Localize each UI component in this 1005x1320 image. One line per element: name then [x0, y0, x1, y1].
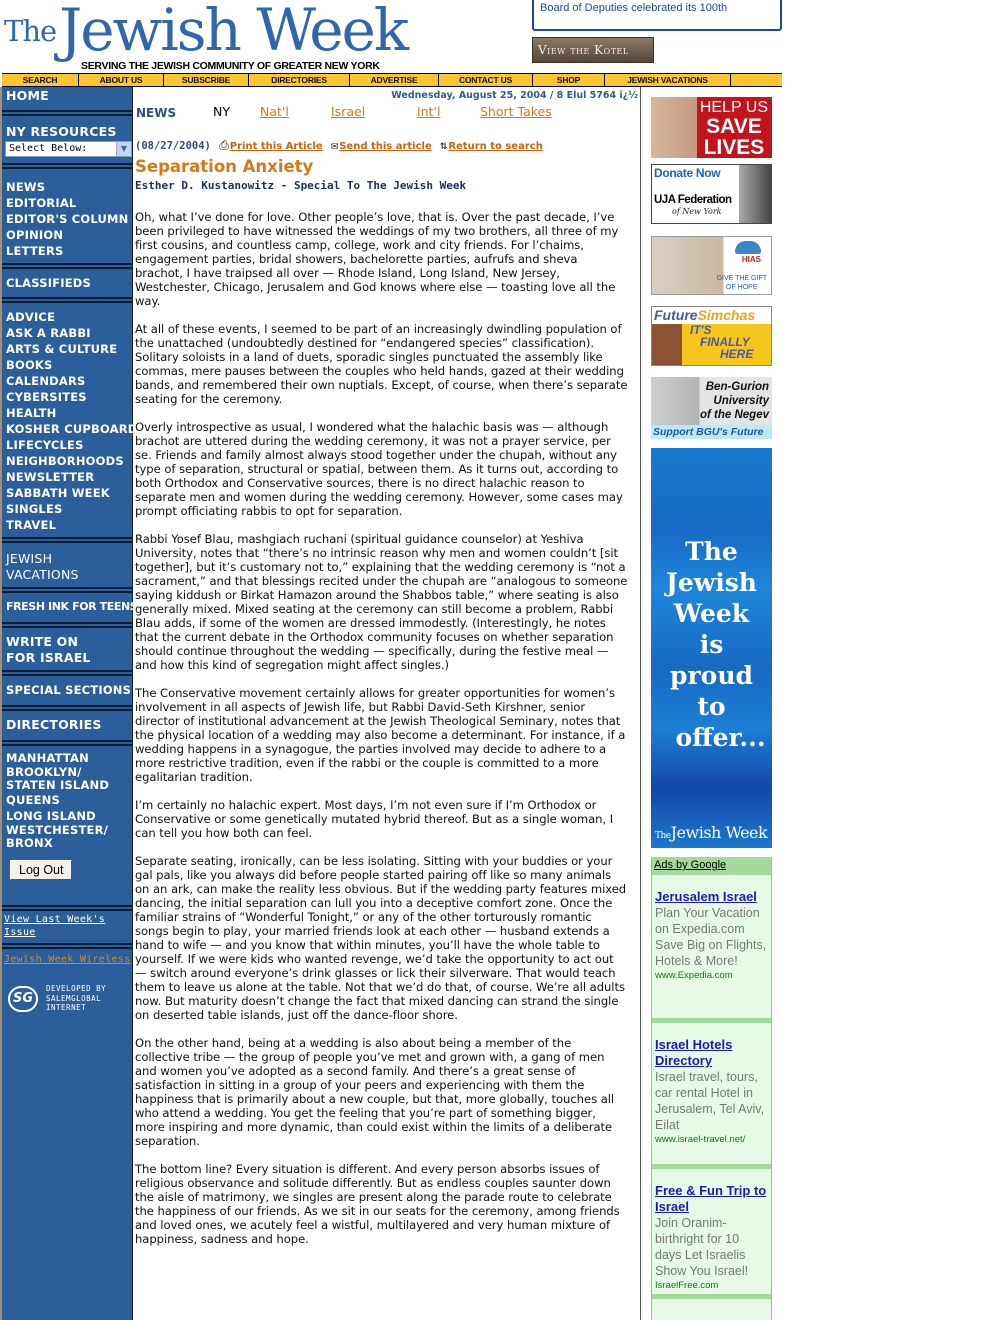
- google-ad-url[interactable]: www.israel-travel.net/: [655, 1133, 768, 1147]
- article-byline: Esther D. Kustanowitz - Special To The J…: [135, 179, 466, 192]
- logo-name: Jewish Week: [59, 0, 407, 64]
- sidebar-item-bronx[interactable]: BRONX: [6, 837, 132, 850]
- ad-uja-federation[interactable]: Donate Now UJA Federation of New York: [651, 164, 772, 224]
- print-article-link[interactable]: Print this Article: [230, 141, 323, 152]
- printer-icon[interactable]: ⎙: [219, 138, 229, 153]
- google-ads-box: Ads by Google Jerusalem Israel Plan Your…: [651, 857, 772, 1320]
- help-us-text: HELP US SAVE LIVES: [700, 99, 768, 158]
- sidebar-item-jewish-vacations[interactable]: JEWISH VACATIONS: [2, 545, 132, 589]
- sidebar-item-newsletter[interactable]: NEWSLETTER: [6, 469, 132, 485]
- globe-icon: [735, 241, 761, 254]
- sidebar-item-sabbath-week[interactable]: SABBATH WEEK: [6, 485, 132, 501]
- article-toolbar: (08/27/2004) ⎙Print this Article ✉Send t…: [135, 138, 543, 153]
- promo-logo: TheJewish Week: [655, 823, 767, 842]
- google-ad: Free & Fun Trip to Israel Join Oranim-bi…: [652, 1169, 771, 1294]
- chevron-down-icon[interactable]: ▼: [116, 142, 131, 156]
- ny-resources-select[interactable]: Select Below: ▼: [5, 141, 132, 157]
- google-ad-title[interactable]: Jerusalem Israel: [655, 889, 768, 905]
- article-paragraph: At all of these events, I seemed to be p…: [135, 322, 628, 406]
- ad-separator: [652, 1294, 771, 1299]
- article-paragraph: Separate seating, ironically, can be les…: [135, 854, 628, 1022]
- sidebar-item-classifieds[interactable]: CLASSIFIEDS: [6, 275, 132, 291]
- google-ad-title[interactable]: Free & Fun Trip to Israel: [655, 1183, 768, 1215]
- developer-line1: DEVELOPED BY: [46, 984, 106, 994]
- sidebar-item-editorial[interactable]: EDITORIAL: [6, 195, 132, 211]
- top-nav: SEARCH ABOUT US SUBSCRIBE DIRECTORIES AD…: [2, 73, 782, 87]
- divider: [2, 943, 132, 945]
- article-title: Separation Anxiety: [135, 157, 313, 176]
- developer-line2: SALEMGLOBAL: [46, 994, 106, 1004]
- google-ad-url[interactable]: IsraelFree.com: [655, 1279, 768, 1293]
- sidebar-item-letters[interactable]: LETTERS: [6, 243, 132, 259]
- google-ad-desc: Israel travel, tours, car rental Hotel i…: [655, 1069, 768, 1133]
- article-paragraph: Overly introspective as usual, I wondere…: [135, 420, 628, 518]
- sidebar-item-books[interactable]: BOOKS: [6, 357, 132, 373]
- return-to-search-link[interactable]: Return to search: [448, 141, 543, 152]
- sidebar-item-lifecycles[interactable]: LIFECYCLES: [6, 437, 132, 453]
- sidebar-item-directories[interactable]: DIRECTORIES: [6, 717, 132, 733]
- topnav-about-us[interactable]: ABOUT US: [79, 74, 164, 86]
- envelope-icon[interactable]: ✉: [331, 138, 338, 152]
- last-week-line2: Issue: [4, 926, 105, 939]
- article-paragraph: On the other hand, being at a wedding is…: [135, 1036, 628, 1148]
- article-paragraph: The Conservative movement certainly allo…: [135, 686, 628, 784]
- sidebar-item-queens[interactable]: QUEENS: [6, 792, 132, 808]
- promo-text: The Jewish Week is proud to offer...: [651, 536, 772, 753]
- sidebar-item-kosher-cupboard[interactable]: KOSHER CUPBOARD: [6, 421, 132, 437]
- logo-the: The: [4, 14, 56, 48]
- woman-photo: [652, 324, 682, 366]
- sidebar-item-calendars[interactable]: CALENDARS: [6, 373, 132, 389]
- news-label: NEWS: [136, 106, 176, 120]
- ads-by-google-link[interactable]: Ads by Google: [652, 857, 771, 875]
- article-main: Wednesday, August 25, 2004 / 8 Elul 5764…: [133, 87, 641, 1320]
- write-on-line1: WRITE ON: [6, 634, 132, 650]
- developer-credit[interactable]: SG DEVELOPED BY SALEMGLOBAL INTERNET: [8, 984, 118, 1016]
- sidebar-item-advice[interactable]: ADVICE: [6, 309, 132, 325]
- write-on-line2: FOR ISRAEL: [6, 650, 132, 666]
- sidebar-item-cybersites[interactable]: CYBERSITES: [6, 389, 132, 405]
- jewish-vacations-line1: JEWISH: [6, 551, 132, 567]
- sidebar-item-manhattan[interactable]: MANHATTAN: [6, 750, 132, 766]
- ad-ben-gurion-university[interactable]: Ben-Gurion University of the Negev Suppo…: [651, 377, 772, 439]
- sidebar-item-ask-a-rabbi[interactable]: ASK A RABBI: [6, 325, 132, 341]
- sidebar-item-fresh-ink[interactable]: FRESH INK FOR TEENS: [6, 599, 132, 615]
- sidebar-item-health[interactable]: HEALTH: [6, 405, 132, 421]
- site-logo[interactable]: The Jewish Week SERVING THE JEWISH COMMU…: [4, 2, 382, 72]
- last-week-link[interactable]: View Last Week's Issue: [4, 913, 105, 939]
- google-ad-title[interactable]: Israel Hotels Directory: [655, 1037, 768, 1069]
- google-ad-desc: Plan Your Vacation on Expedia.com Save B…: [655, 905, 768, 969]
- article-paragraph: I’m certainly no halachic expert. Most d…: [135, 798, 628, 840]
- topnav-shop[interactable]: SHOP: [533, 74, 605, 86]
- google-ad-url[interactable]: www.Expedia.com: [655, 969, 768, 983]
- topnav-directories[interactable]: DIRECTORIES: [249, 74, 350, 86]
- last-week-line1: View Last Week's: [4, 913, 105, 926]
- wireless-link[interactable]: Jewish Week Wireless: [4, 953, 130, 966]
- sidebar-item-arts-culture[interactable]: ARTS & CULTURE: [6, 341, 132, 357]
- sidebar-item-singles[interactable]: SINGLES: [6, 501, 132, 517]
- select-value: Select Below:: [6, 142, 116, 156]
- topnav-advertise[interactable]: ADVERTISE: [350, 74, 439, 86]
- logo-tagline: SERVING THE JEWISH COMMUNITY OF GREATER …: [81, 60, 380, 72]
- ad-future-simchas[interactable]: FutureSimchas IT'S FINALLY HERE: [651, 306, 772, 366]
- google-ad-desc: Join Oranim-birthright for 10 days Let I…: [655, 1215, 768, 1279]
- child-photo: [739, 165, 771, 223]
- developer-text: DEVELOPED BY SALEMGLOBAL INTERNET: [46, 984, 106, 1013]
- site-header: The Jewish Week SERVING THE JEWISH COMMU…: [0, 0, 782, 74]
- news-ticker[interactable]: Board of Deputies celebrated its 100th: [532, 0, 782, 31]
- google-ad: Israel Hotels Directory Israel travel, t…: [652, 1023, 771, 1164]
- salemglobal-logo-icon: SG: [8, 986, 38, 1012]
- sidebar-item-opinion[interactable]: OPINION: [6, 227, 132, 243]
- topnav-contact-us[interactable]: CONTACT US: [439, 74, 533, 86]
- ad-help-us-save-lives[interactable]: HELP US SAVE LIVES: [651, 97, 772, 158]
- return-arrows-icon[interactable]: ⇅: [440, 138, 447, 152]
- topnav-subscribe[interactable]: SUBSCRIBE: [164, 74, 249, 86]
- ticker-text[interactable]: Board of Deputies celebrated its 100th: [540, 2, 727, 14]
- tab-natl[interactable]: Nat'l: [260, 104, 289, 119]
- tab-israel[interactable]: Israel: [331, 104, 365, 119]
- article-paragraph: Rabbi Yosef Blau, mashgiach ruchani (spi…: [135, 532, 628, 672]
- tab-ny[interactable]: NY: [213, 104, 230, 119]
- tab-short-takes[interactable]: Short Takes: [480, 104, 552, 119]
- kotel-label: View the Kotel: [538, 43, 629, 57]
- sidebar-item-write-on[interactable]: WRITE ON FOR ISRAEL: [2, 630, 132, 672]
- article-body: Oh, what I’ve done for love. Other peopl…: [135, 210, 628, 1260]
- divider: [2, 905, 132, 907]
- sidebar-ny-resources-label: NY RESOURCES: [5, 124, 132, 140]
- left-sidebar: HOME NY RESOURCES Select Below: ▼ NEWS E…: [0, 87, 133, 1320]
- sidebar-item-home[interactable]: HOME: [6, 88, 132, 104]
- article-paragraph: Oh, what I’ve done for love. Other peopl…: [135, 210, 628, 308]
- tab-intl[interactable]: Int'l: [417, 104, 440, 119]
- sidebar-item-travel[interactable]: TRAVEL: [6, 517, 132, 533]
- current-date: Wednesday, August 25, 2004 / 8 Elul 5764…: [391, 90, 638, 101]
- sidebar-item-staten-island[interactable]: STATEN ISLAND: [6, 779, 132, 792]
- google-ad: Jerusalem Israel Plan Your Vacation on E…: [652, 875, 771, 1018]
- sidebar-item-special-sections[interactable]: SPECIAL SECTIONS: [6, 682, 132, 698]
- ad-hias[interactable]: HIAS GIVE THE GIFT OF HOPE: [651, 236, 772, 295]
- send-article-link[interactable]: Send this article: [339, 141, 432, 152]
- news-section-tabs: NEWS NY Nat'l Israel Int'l Short Takes: [136, 104, 636, 122]
- topnav-jewish-vacations[interactable]: JEWISH VACATIONS: [605, 74, 731, 86]
- article-paragraph: The bottom line? Every situation is diff…: [135, 1162, 628, 1246]
- sidebar-item-neighborhoods[interactable]: NEIGHBORHOODS: [6, 453, 132, 469]
- view-kotel-banner[interactable]: View the Kotel: [532, 37, 654, 63]
- sidebar-item-news[interactable]: NEWS: [6, 179, 132, 195]
- topnav-empty-cell: [731, 74, 782, 86]
- article-date: (08/27/2004): [135, 140, 211, 152]
- logout-button[interactable]: Log Out: [10, 860, 72, 880]
- developer-line3: INTERNET: [46, 1003, 106, 1013]
- topnav-search[interactable]: SEARCH: [2, 74, 79, 86]
- ad-jewish-week-promo[interactable]: The Jewish Week is proud to offer... The…: [651, 448, 772, 848]
- sidebar-item-editors-column[interactable]: EDITOR'S COLUMN: [6, 211, 132, 227]
- jewish-vacations-line2: VACATIONS: [6, 567, 132, 583]
- sidebar-item-long-island[interactable]: LONG ISLAND: [6, 808, 132, 824]
